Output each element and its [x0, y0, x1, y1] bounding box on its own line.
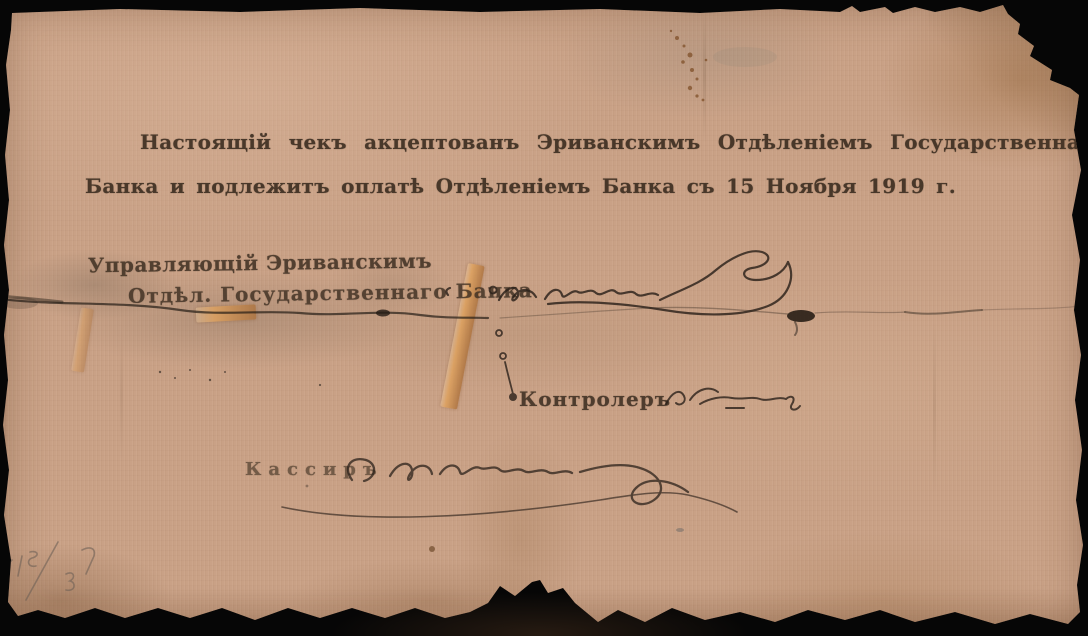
vertical-crease — [703, 8, 706, 143]
check-document: Настоящій чекъ акцептованъ Эриванскимъ О… — [0, 0, 1088, 636]
acceptance-text-line-1: Настоящій чекъ акцептованъ Эриванскимъ О… — [140, 130, 1088, 154]
photo-background: Настоящій чекъ акцептованъ Эриванскимъ О… — [0, 0, 1088, 636]
manager-title-line-1: Управляющій Эриванскимъ — [88, 249, 432, 278]
vertical-crease — [120, 330, 123, 460]
tape-stitch-marks — [490, 287, 518, 402]
pencil-annotation-text: 15/3 — [4, 540, 114, 620]
repair-tape-horizontal — [196, 304, 257, 322]
acceptance-text-line-2: Банка и подлежитъ оплатѣ Отдѣленіемъ Бан… — [85, 174, 956, 198]
repair-tape-left — [71, 307, 94, 372]
cashier-label: Кассиръ — [245, 459, 384, 480]
controller-signature — [666, 389, 800, 410]
vertical-crease — [933, 320, 936, 495]
torn-corner-shadow — [928, 0, 1088, 150]
controller-label: Контролеръ — [519, 387, 671, 411]
